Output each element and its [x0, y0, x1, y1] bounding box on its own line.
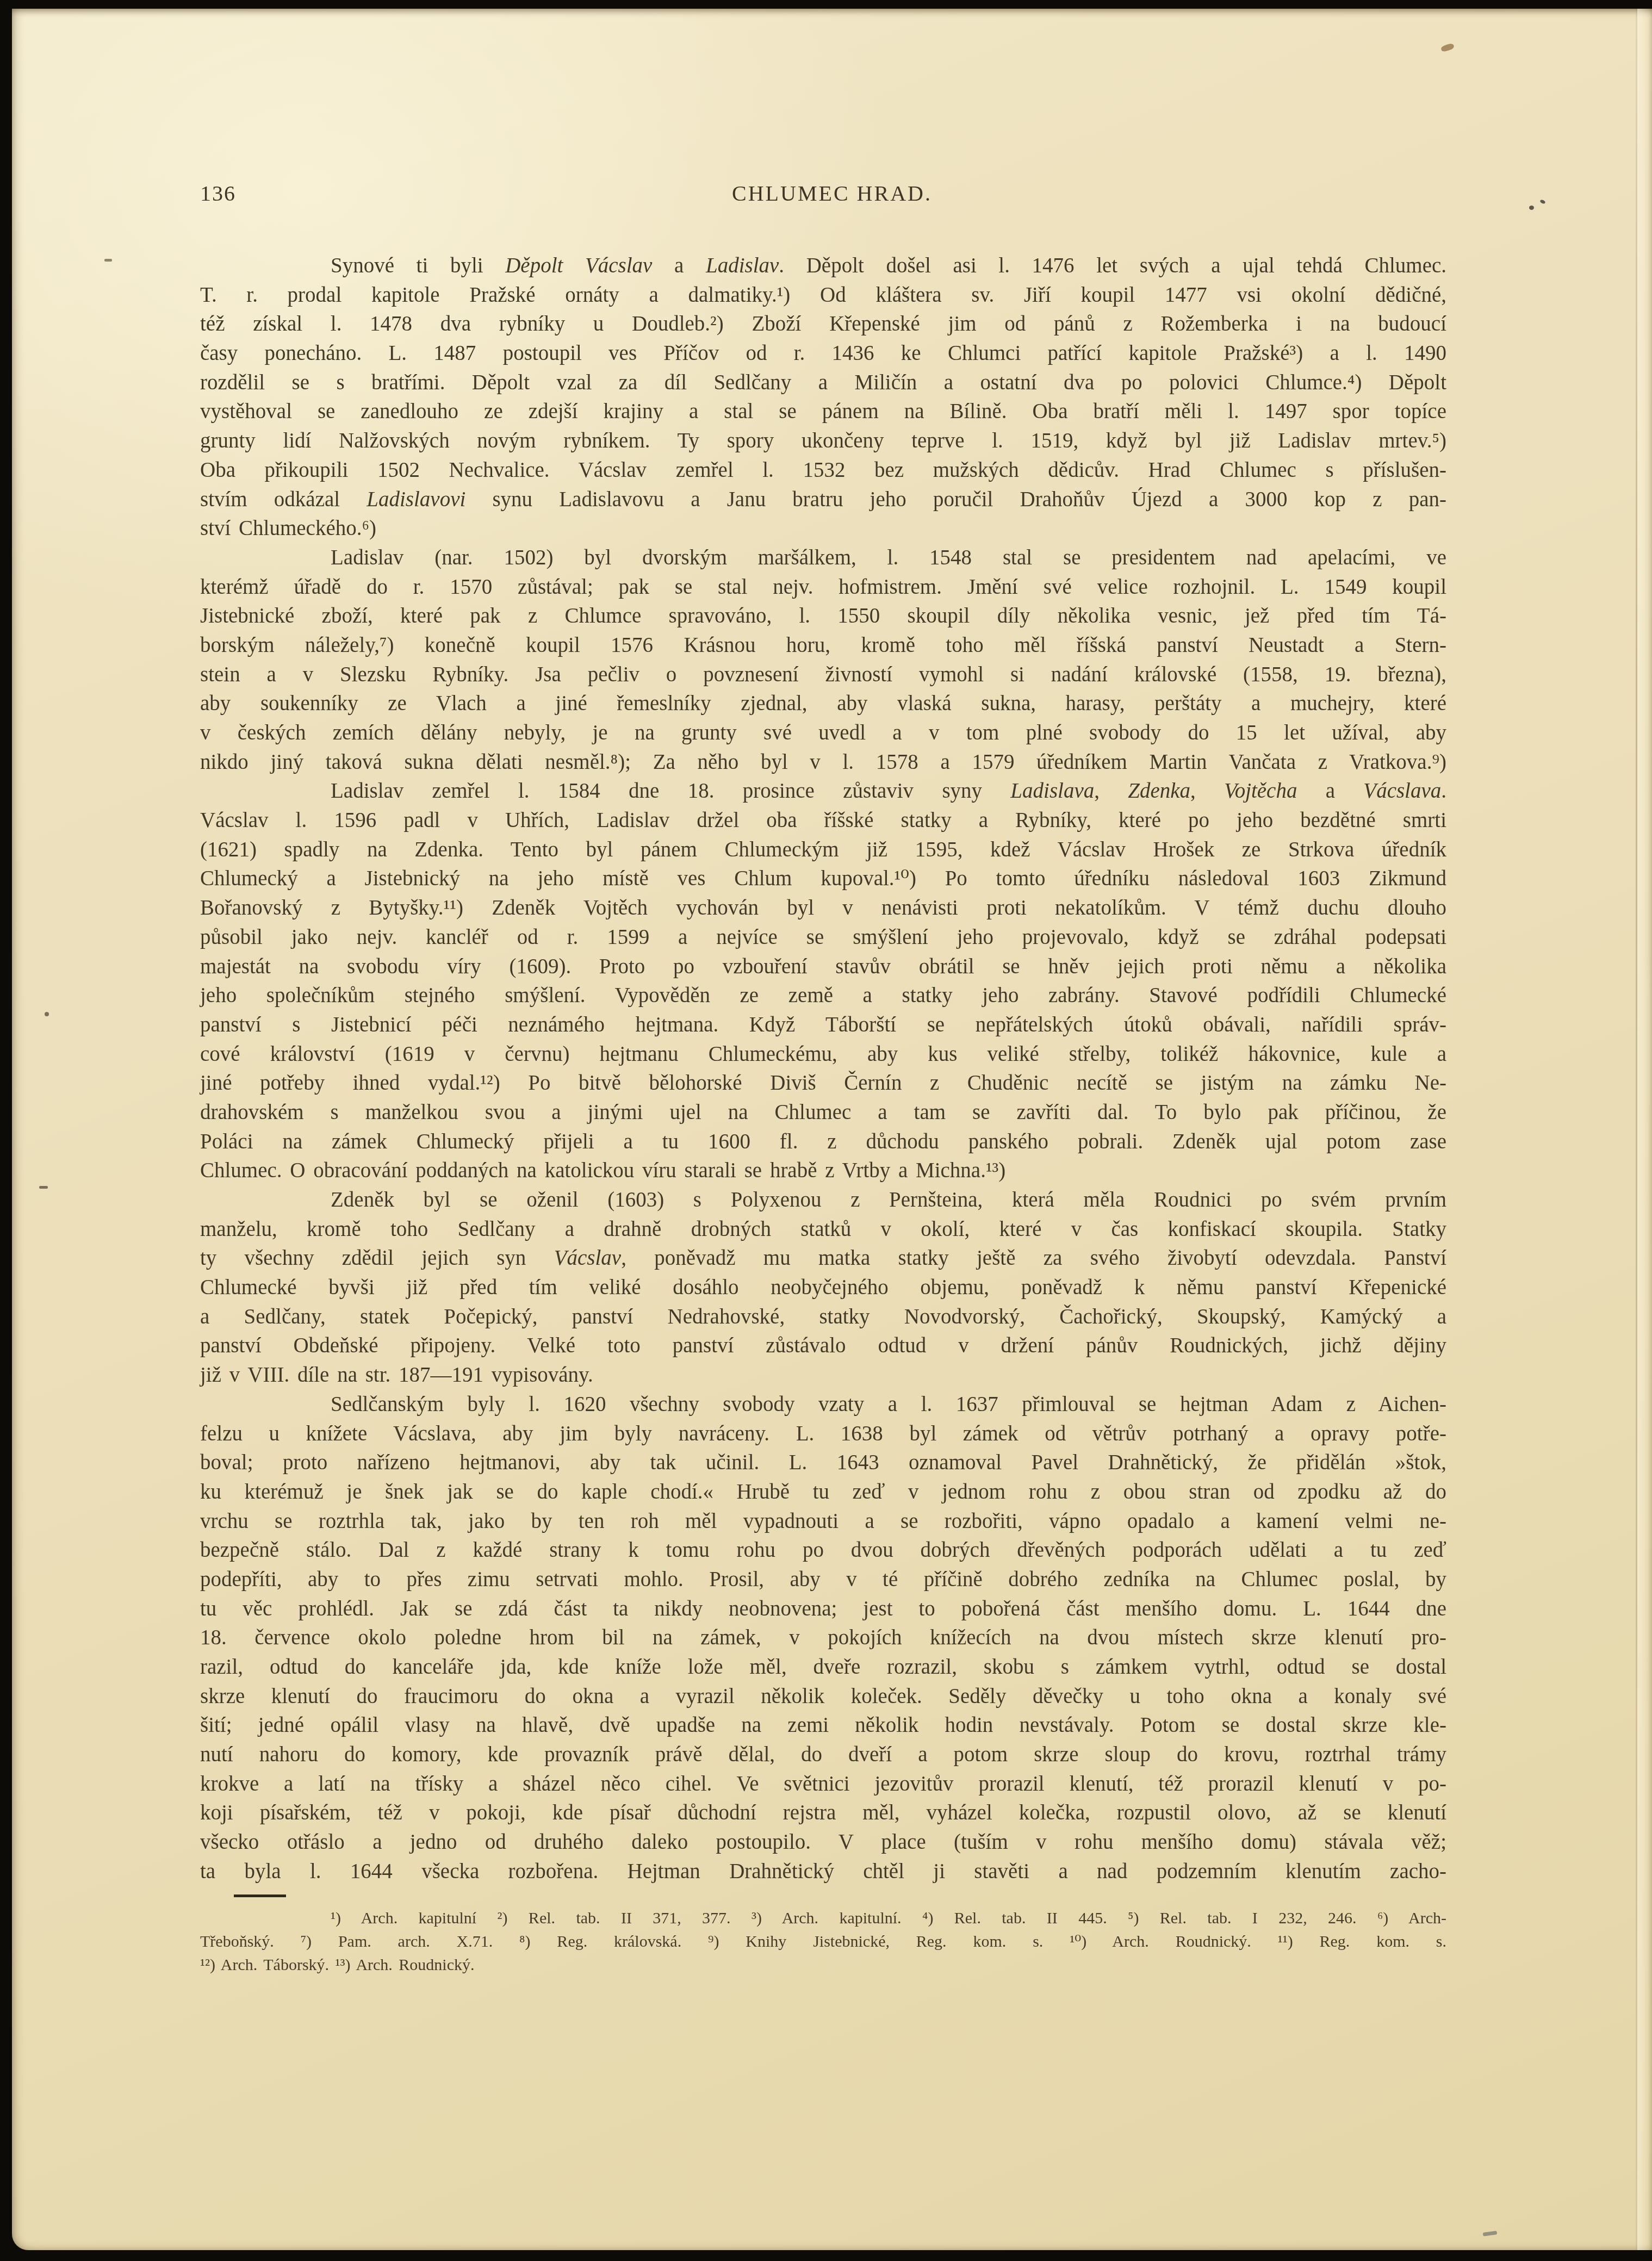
- text-line: T. r. prodal kapitole Pražské ornáty a d…: [200, 281, 1446, 310]
- text-line: Sedlčanským byly l. 1620 všechny svobody…: [200, 1390, 1446, 1419]
- text-line: ku kterémuž je šnek jak se do kaple chod…: [200, 1477, 1446, 1507]
- text-line: Zdeněk byl se oženil (1603) s Polyxenou …: [200, 1185, 1446, 1215]
- text-line: jiné potřeby ihned vydal.¹²) Po bitvě bě…: [200, 1069, 1446, 1098]
- text-line: jeho společníkům stejného smýšlení. Vypo…: [200, 981, 1446, 1010]
- text-line: Bořanovský z Bytyšky.¹¹) Zdeněk Vojtěch …: [200, 893, 1446, 923]
- page-edge-highlight: [1637, 9, 1652, 2250]
- text-line: všecko otřáslo a jedno od druhého daleko…: [200, 1828, 1446, 1857]
- text-line: Chlumecké byvši již před tím veliké dosá…: [200, 1273, 1446, 1302]
- text-line: felzu u knížete Vácslava, aby jim byly n…: [200, 1419, 1446, 1449]
- text-line: vrchu se roztrhla tak, jako by ten roh m…: [200, 1507, 1446, 1536]
- text-line: koji písařském, též v pokoji, kde písař …: [200, 1798, 1446, 1828]
- text-line: Chlumec. O obracování poddaných na katol…: [200, 1156, 1446, 1185]
- text-line: aby soukenníky ze Vlach a jiné řemeslník…: [200, 689, 1446, 718]
- text-line: časy ponecháno. L. 1487 postoupil ves Př…: [200, 339, 1446, 368]
- text-line: šití; jedné opálil vlasy na hlavě, dvě u…: [200, 1711, 1446, 1740]
- text-line: též získal l. 1478 dva rybníky u Doudleb…: [200, 309, 1446, 339]
- page-header-title: CHLUMEC HRAD.: [12, 181, 1652, 206]
- text-line: Oba přikoupili 1502 Nechvalice. Vácslav …: [200, 456, 1446, 485]
- text-line: Synové ti byli Děpolt Vácslav a Ladislav…: [200, 251, 1446, 281]
- text-line: nutí nahoru do komory, kde provazník prá…: [200, 1740, 1446, 1769]
- text-line: stvím odkázal Ladislavovi synu Ladislavo…: [200, 485, 1446, 514]
- text-line: v českých zemích dělány nebyly, je na gr…: [200, 718, 1446, 748]
- text-line: a Sedlčany, statek Počepický, panství Ne…: [200, 1302, 1446, 1332]
- text-line: (1621) spadly na Zdenka. Tento byl pánem…: [200, 835, 1446, 865]
- text-line: krokve a latí na třísky a sházel něco ci…: [200, 1769, 1446, 1799]
- text-line: 18. července okolo poledne hrom bil na z…: [200, 1623, 1446, 1653]
- footnote-line: ¹) Arch. kapitulní ²) Rel. tab. II 371, …: [200, 1906, 1446, 1930]
- text-line: nikdo jiný taková sukna dělati nesměl.⁸)…: [200, 748, 1446, 777]
- text-line: manželu, kromě toho Sedlčany a drahně dr…: [200, 1215, 1446, 1244]
- text-line: podepříti, aby to přes zimu setrvati moh…: [200, 1565, 1446, 1594]
- text-line: Ladislav zemřel l. 1584 dne 18. prosince…: [200, 777, 1446, 806]
- text-line: panství s Jistebnicí péči neznámého hejt…: [200, 1010, 1446, 1040]
- paper-speck: [1529, 206, 1534, 210]
- text-line: bezpečně stálo. Dal z každé strany k tom…: [200, 1536, 1446, 1565]
- text-line: skrze klenutí do fraucimoru do okna a vy…: [200, 1682, 1446, 1711]
- text-line: drahovském s manželkou svou a jinými uje…: [200, 1098, 1446, 1127]
- text-line: ství Chlumeckého.⁶): [200, 514, 1446, 543]
- text-line: Vácslav l. 1596 padl v Uhřích, Ladislav …: [200, 806, 1446, 835]
- article-body: Synové ti byli Děpolt Vácslav a Ladislav…: [200, 251, 1446, 1886]
- paper-speck: [1440, 43, 1455, 53]
- scanned-book-page: 136 CHLUMEC HRAD. Synové ti byli Děpolt …: [0, 0, 1652, 2261]
- text-line: tu věc prohlédl. Jak se zdá část ta nikd…: [200, 1594, 1446, 1624]
- paper: 136 CHLUMEC HRAD. Synové ti byli Děpolt …: [12, 9, 1652, 2250]
- paper-speck: [39, 1186, 48, 1189]
- text-line: majestát na svobodu víry (1609). Proto p…: [200, 952, 1446, 982]
- text-line: stein a v Slezsku Rybníky. Jsa pečliv o …: [200, 660, 1446, 690]
- text-line: již v VIII. díle na str. 187—191 vypisov…: [200, 1361, 1446, 1390]
- text-line: Jistebnické zboží, které pak z Chlumce s…: [200, 601, 1446, 631]
- footnotes: ¹) Arch. kapitulní ²) Rel. tab. II 371, …: [200, 1906, 1446, 1977]
- footnote-separator: [234, 1894, 286, 1897]
- text-line: borským náležely,⁷) konečně koupil 1576 …: [200, 631, 1446, 660]
- text-line: ty všechny zdědil jejich syn Vácslav, po…: [200, 1244, 1446, 1273]
- text-line: kterémž úřadě do r. 1570 zůstával; pak s…: [200, 573, 1446, 602]
- text-line: boval; proto nařízeno hejtmanovi, aby ta…: [200, 1448, 1446, 1477]
- paper-speck: [104, 259, 112, 262]
- footnote-line: ¹²) Arch. Táborský. ¹³) Arch. Roudnický.: [200, 1953, 1446, 1977]
- text-line: Chlumecký a Jistebnický na jeho místě ve…: [200, 864, 1446, 893]
- paper-speck: [45, 1012, 49, 1016]
- text-line: grunty lidí Nalžovských novým rybníkem. …: [200, 426, 1446, 456]
- text-line: Poláci na zámek Chlumecký přijeli a tu 1…: [200, 1127, 1446, 1157]
- text-line: razil, odtud do kanceláře jda, kde kníže…: [200, 1653, 1446, 1682]
- text-line: Ladislav (nar. 1502) byl dvorským maršál…: [200, 543, 1446, 573]
- text-line: působil jako nejv. kancléř od r. 1599 a …: [200, 923, 1446, 952]
- text-line: vystěhoval se zanedlouho ze zdejší kraji…: [200, 397, 1446, 426]
- text-line: rozdělil se s bratřími. Děpolt vzal za d…: [200, 368, 1446, 397]
- text-line: ta byla l. 1644 všecka rozbořena. Hejtma…: [200, 1857, 1446, 1886]
- paper-speck: [1483, 2231, 1498, 2237]
- text-line: panství Obdeňské připojeny. Velké toto p…: [200, 1331, 1446, 1361]
- text-line: cové království (1619 v červnu) hejtmanu…: [200, 1040, 1446, 1069]
- footnote-line: Třeboňský. ⁷) Pam. arch. X.71. ⁸) Reg. k…: [200, 1930, 1446, 1953]
